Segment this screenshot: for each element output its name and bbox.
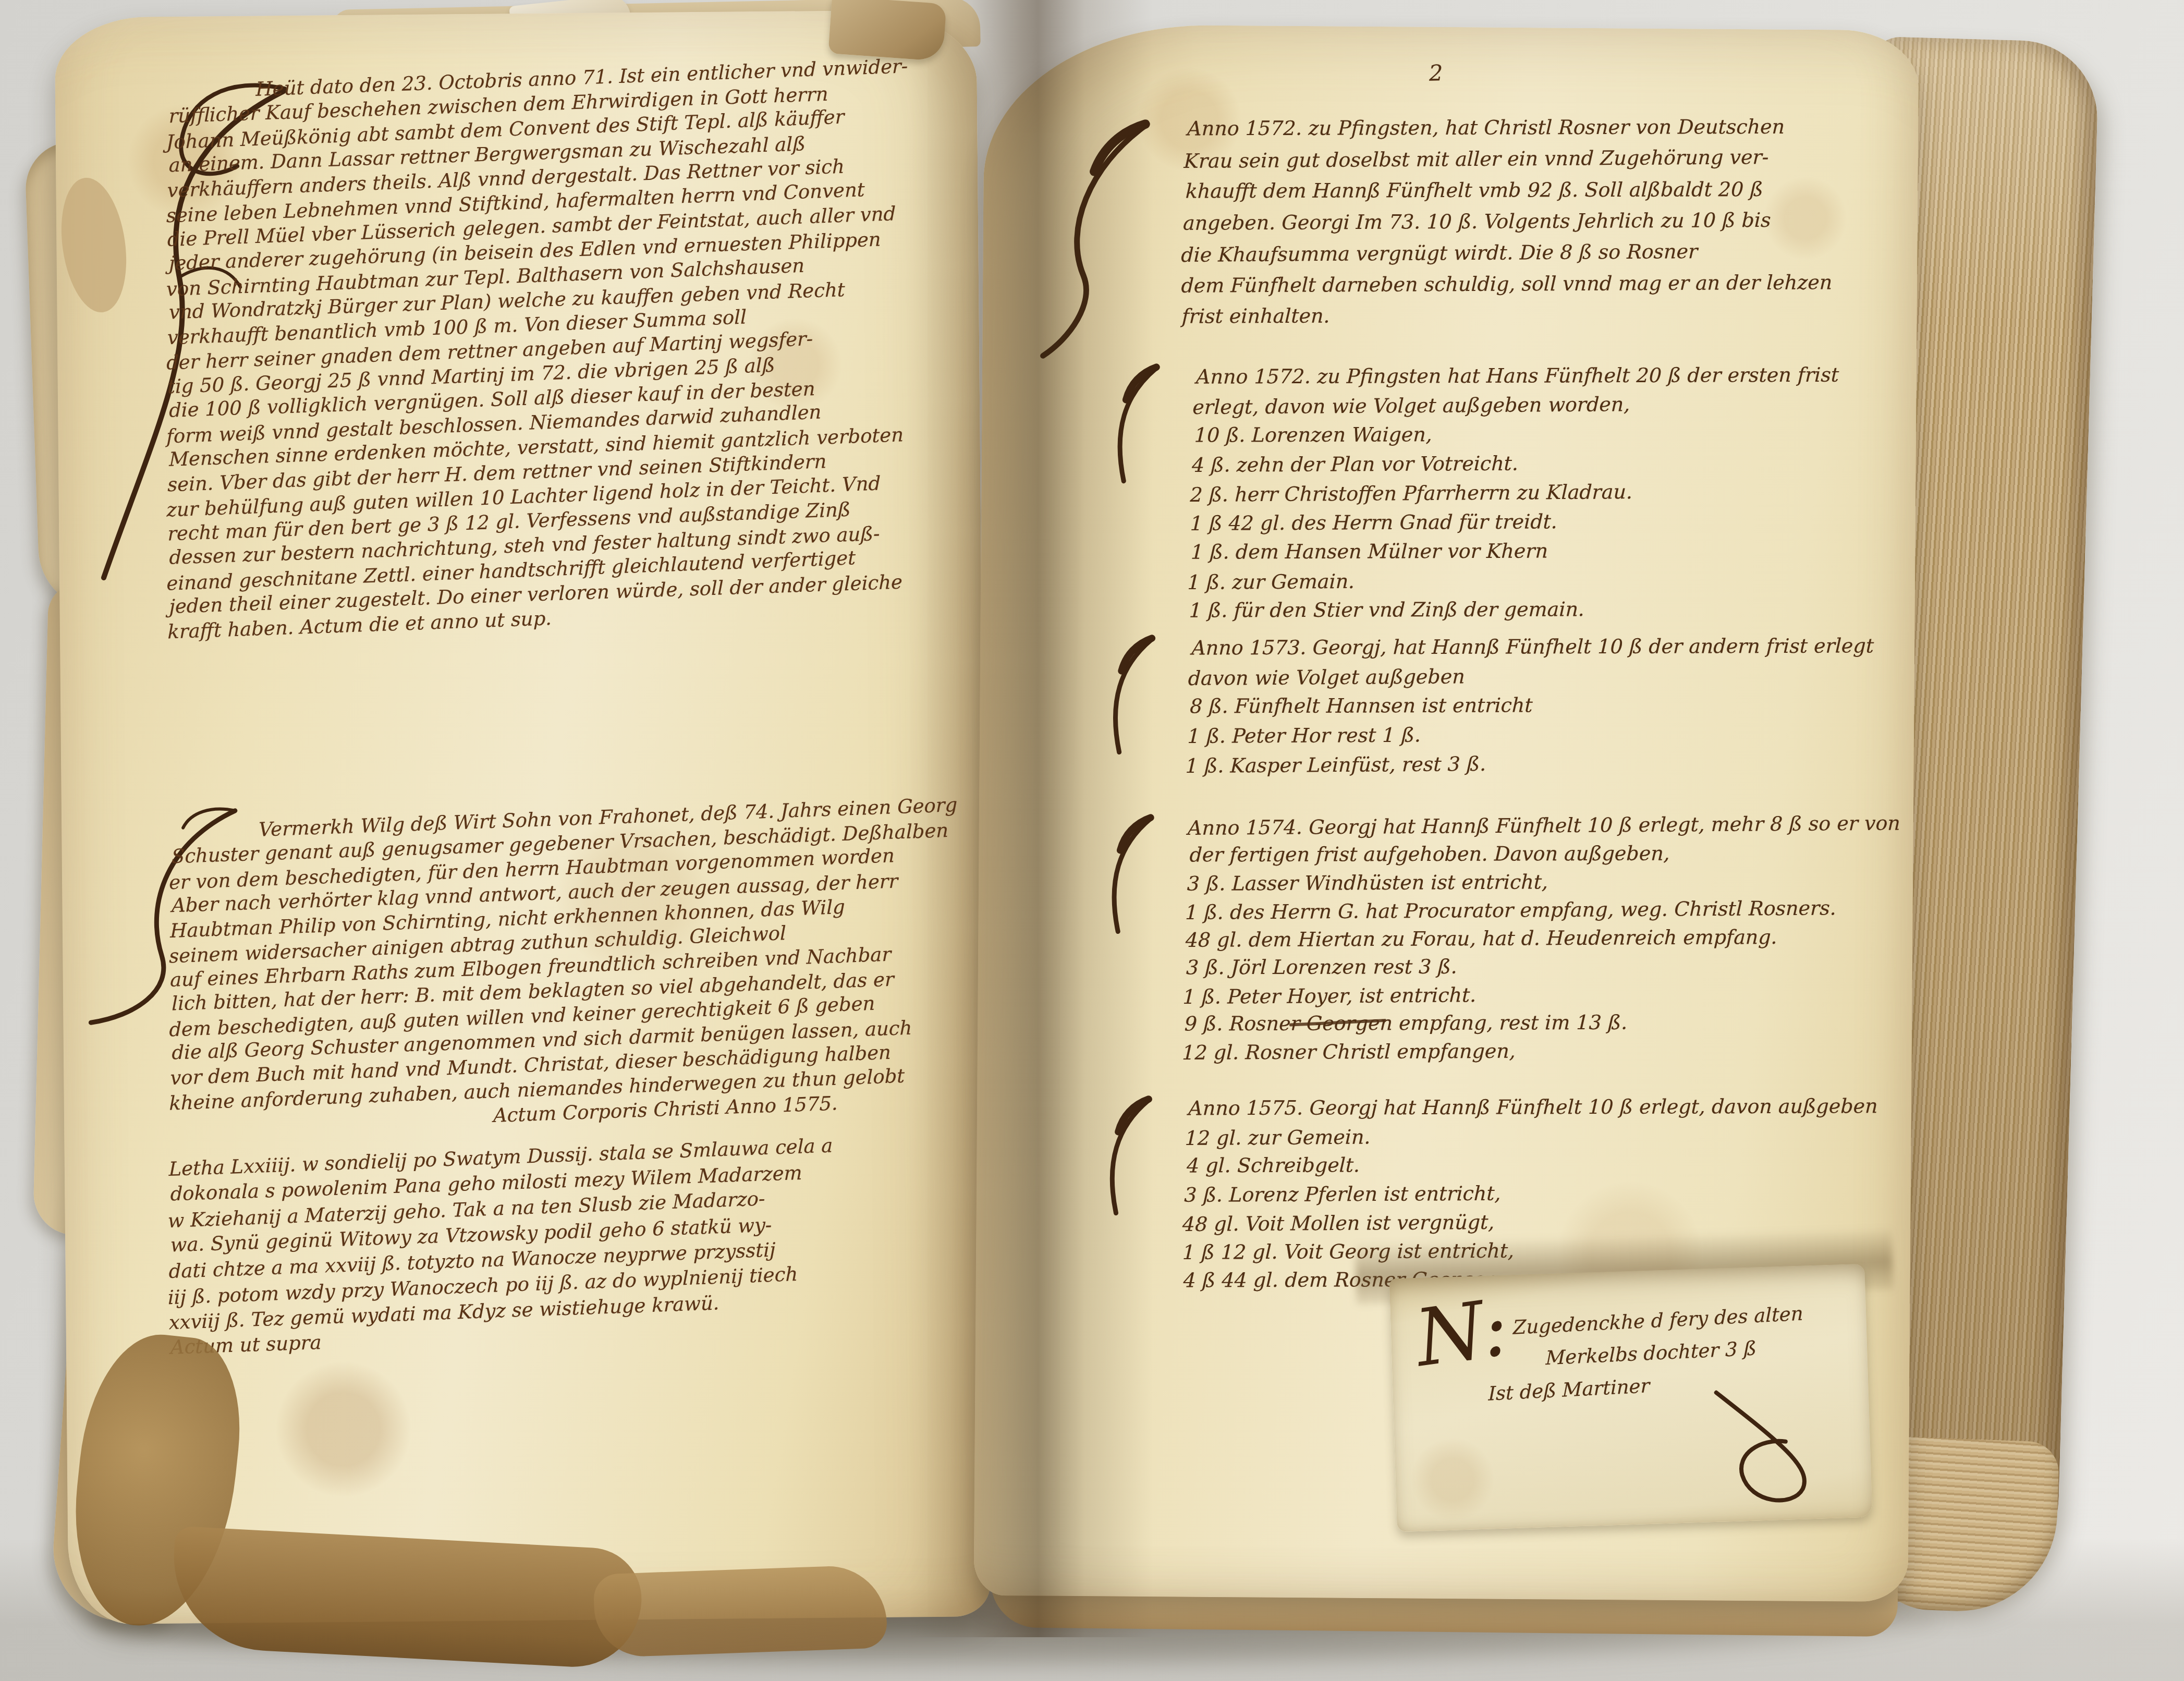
manuscript-line: 2 ß. herr Christoffen Pfarrherrn zu Klad… [1190, 476, 1834, 509]
manuscript-line: 1 ß. Peter Hor rest 1 ß. [1187, 718, 1870, 751]
paper-scrap-gutter [828, 0, 946, 62]
manuscript-line: 3 ß. Lorenz Pferlen ist entricht, [1184, 1177, 1874, 1210]
torn-bottom-edge-damage [593, 1564, 887, 1658]
manuscript-line: 1 ß. zur Gemain. [1187, 563, 1831, 597]
manuscript-line: 1 ß. Peter Hoyer, ist entricht. [1182, 978, 1896, 1012]
paraph-flourish [1094, 633, 1160, 759]
manuscript-line: khaufft dem Hannß Fünfhelt vmb 92 ß. Sol… [1185, 174, 1837, 207]
manuscript-line: 8 ß. Fünfhelt Hannsen ist entricht [1189, 689, 1872, 721]
manuscript-line: 1 ß. für den Stier vnd Zinß der gemain. [1189, 594, 1833, 625]
manuscript-line: der fertigen frist aufgehoben. Davon auß… [1189, 838, 1902, 869]
paraph-flourish [1091, 1094, 1157, 1220]
manuscript-line: 1 ß. des Herrn G. hat Procurator empfang… [1185, 894, 1898, 927]
manuscript-line: dem Fünfhelt darneben schuldig, soll vnn… [1181, 266, 1833, 301]
slip-curl-flourish [1700, 1379, 1835, 1513]
paraph-flourish [1036, 116, 1153, 362]
manuscript-line: 12 gl. Rosner Christl empfangen, [1182, 1035, 1895, 1067]
slip-note-text: Zugedenckhe d fery des altenMerkelbs doc… [1512, 1298, 1803, 1409]
manuscript-line: 4 ß. zehn der Plan vor Votreicht. [1191, 447, 1835, 479]
manuscript-line: Anno 1575. Georgj hat Hannß Fünfhelt 10 … [1188, 1092, 1878, 1123]
page-number: 2 [1429, 60, 1443, 86]
manuscript-line: erlegt, davon wie Volget außgeben worden… [1192, 388, 1836, 422]
left-page-paragraph-3-czech: Letha Lxxiiij. w sondielij po Swatym Dus… [169, 1132, 833, 1361]
manuscript-line: Anno 1572. zu Pfingsten, hat Christl Ros… [1187, 111, 1839, 144]
manuscript-line: angeben. Georgi Im 73. 10 ß. Volgents Je… [1182, 204, 1835, 239]
manuscript-line: Anno 1574. Georgj hat Hannß Fünfhelt 10 … [1187, 809, 1900, 843]
manuscript-line: 1 ß. Kasper Leinfüst, rest 3 ß. [1185, 747, 1868, 781]
manuscript-line: davon wie Volget außgeben [1188, 659, 1871, 693]
manuscript-line: 1 ß. dem Hansen Mülner vor Khern [1190, 535, 1834, 567]
entry-anno-1573: Anno 1573. Georgj, hat Hannß Fünfhelt 10… [1156, 630, 1873, 780]
manuscript-line: 10 ß. Lorenzen Waigen, [1194, 419, 1838, 450]
paraph-flourish [1093, 812, 1159, 938]
slip-initial-n: N: [1411, 1288, 1513, 1379]
photo-of-open-manuscript-book: Heüt dato den 23. Octobris anno 71. Ist … [0, 0, 2184, 1681]
manuscript-line: 4 gl. Schreibgelt. [1186, 1149, 1876, 1180]
manuscript-line: Anno 1573. Georgj, hat Hannß Fünfhelt 10… [1191, 631, 1874, 662]
manuscript-line: die Khaufsumma vergnügt wirdt. Die 8 ß s… [1180, 235, 1833, 271]
manuscript-line: 12 gl. zur Gemein. [1185, 1119, 1875, 1153]
manuscript-line: 3 ß. Jörl Lorenzen rest 3 ß. [1186, 951, 1899, 981]
manuscript-line: 48 gl. dem Hiertan zu Forau, hat d. Heud… [1185, 922, 1898, 954]
manuscript-line: Krau sein gut doselbst mit aller ein vnn… [1183, 141, 1836, 177]
manuscript-line: 3 ß. Lasser Windhüsten ist entricht, [1187, 866, 1900, 898]
pasted-note-slip: N: Zugedenckhe d fery des altenMerkelbs … [1389, 1264, 1873, 1532]
entry-anno-1572-payments: Anno 1572. zu Pfingsten hat Hans Fünfhel… [1157, 359, 1838, 626]
left-page-paragraph-1: Heüt dato den 23. Octobris anno 71. Ist … [167, 54, 909, 644]
manuscript-line: 1 ß 42 gl. des Herrn Gnad für treidt. [1190, 505, 1834, 538]
manuscript-line: 9 ß. Rosner Georgen empfang, rest im 13 … [1184, 1007, 1897, 1038]
manuscript-line: Anno 1572. zu Pfingsten hat Hans Fünfhel… [1195, 360, 1839, 392]
entry-anno-1574: Anno 1574. Georgj hat Hannß Fünfhelt 10 … [1152, 810, 1902, 1067]
manuscript-line: frist einhalten. [1181, 299, 1834, 332]
paraph-flourish [1099, 362, 1165, 488]
entry-anno-1572-sale: Anno 1572. zu Pfingsten, hat Christl Ros… [1150, 110, 1837, 333]
left-page-paragraph-2: Vermerkh Wilg deß Wirt Sohn von Frahonet… [170, 793, 958, 1139]
